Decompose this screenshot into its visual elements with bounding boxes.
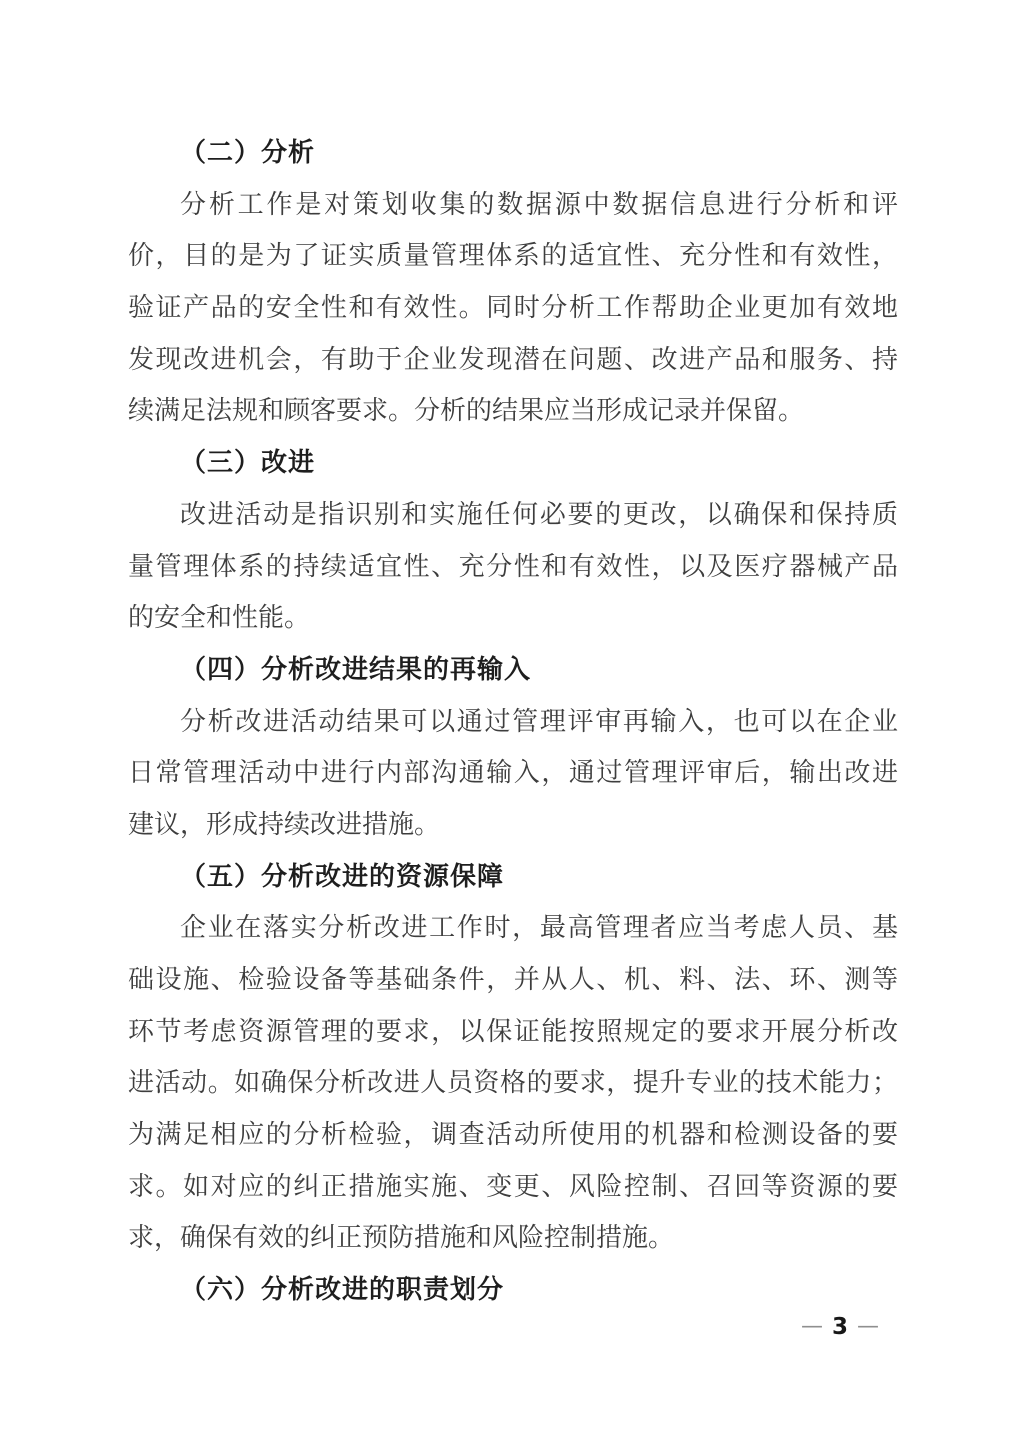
paragraph-line: 量管理体系的持续适宜性、充分性和有效性，以及医疗器械产品 (128, 541, 898, 593)
section-heading: （五）分析改进的资源保障 (128, 851, 898, 903)
page-number: — 3 — (801, 1314, 879, 1340)
document-page: （二）分析 分析工作是对策划收集的数据源中数据信息进行分析和评 价，目的是为了证… (0, 0, 1024, 1448)
section-heading: （六）分析改进的职责划分 (128, 1264, 898, 1316)
page-number-dash-left: — (801, 1314, 823, 1340)
paragraph-line: 续满足法规和顾客要求。分析的结果应当形成记录并保留。 (128, 385, 898, 437)
section-heading: （三）改进 (128, 437, 898, 489)
paragraph-line: 验证产品的安全性和有效性。同时分析工作帮助企业更加有效地 (128, 282, 898, 334)
paragraph-line: 求，确保有效的纠正预防措施和风险控制措施。 (128, 1212, 898, 1264)
paragraph-line: 发现改进机会，有助于企业发现潜在问题、改进产品和服务、持 (128, 334, 898, 386)
paragraph-line: 求。如对应的纠正措施实施、变更、风险控制、召回等资源的要 (128, 1161, 898, 1213)
paragraph-line: 改进活动是指识别和实施任何必要的更改，以确保和保持质 (128, 489, 898, 541)
page-number-value: 3 (832, 1314, 848, 1340)
paragraph-line: 分析工作是对策划收集的数据源中数据信息进行分析和评 (128, 179, 898, 231)
paragraph-line: 价，目的是为了证实质量管理体系的适宜性、充分性和有效性， (128, 230, 898, 282)
paragraph-line: 分析改进活动结果可以通过管理评审再输入，也可以在企业 (128, 696, 898, 748)
paragraph-line: 的安全和性能。 (128, 592, 898, 644)
paragraph-line: 环节考虑资源管理的要求，以保证能按照规定的要求开展分析改 (128, 1006, 898, 1058)
page-number-dash-right: — (857, 1314, 879, 1340)
paragraph-line: 进活动。如确保分析改进人员资格的要求，提升专业的技术能力； (128, 1057, 898, 1109)
section-heading: （四）分析改进结果的再输入 (128, 644, 898, 696)
paragraph-line: 日常管理活动中进行内部沟通输入，通过管理评审后，输出改进 (128, 747, 898, 799)
paragraph-line: 础设施、检验设备等基础条件，并从人、机、料、法、环、测等 (128, 954, 898, 1006)
paragraph-line: 建议，形成持续改进措施。 (128, 799, 898, 851)
paragraph-line: 为满足相应的分析检验，调查活动所使用的机器和检测设备的要 (128, 1109, 898, 1161)
paragraph-line: 企业在落实分析改进工作时，最高管理者应当考虑人员、基 (128, 902, 898, 954)
text-block: （二）分析 分析工作是对策划收集的数据源中数据信息进行分析和评 价，目的是为了证… (128, 127, 898, 1316)
section-heading: （二）分析 (128, 127, 898, 179)
